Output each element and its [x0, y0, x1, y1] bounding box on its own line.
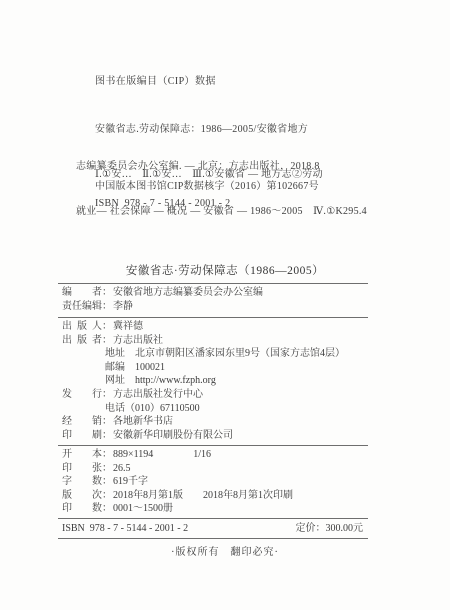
row-sheets: 印张：26.5 [58, 462, 368, 476]
cip-record-number: 中国版本图书馆CIP数据核字（2016）第102667号 [95, 177, 319, 192]
row-publisher: 出版者：方志出版社 [58, 334, 368, 348]
row-address: 地址 北京市朝阳区潘家园东里9号（国家方志馆4层） [58, 347, 368, 361]
row-value: 2018年8月第1版 2018年8月第1次印刷 [113, 490, 293, 501]
cip-class-line2: 就业— 社会保障 — 概况 — 安徽省 — 1986～2005 Ⅳ.①K295.… [76, 206, 367, 218]
print-spec-rows: 开本：889×1194 1/16 印张：26.5 字数：619千字 版次：201… [58, 448, 368, 516]
row-value: 安徽新华印刷股份有限公司 [113, 430, 233, 441]
row-colon: ： [102, 462, 112, 476]
row-editor: 编者：安徽省地方志编纂委员会办公室编 [58, 286, 368, 300]
row-value: 0001～1500册 [113, 503, 173, 514]
row-colon: ： [102, 429, 112, 443]
row-print-run: 印数：0001～1500册 [58, 502, 368, 516]
row-value: 方志出版社 [113, 335, 163, 346]
row-publisher-person: 出版人：冀祥德 [58, 320, 368, 334]
isbn-number: ISBN 978 - 7 - 5144 - 2001 - 2 [58, 521, 188, 536]
price: 定价：300.00元 [296, 521, 369, 536]
row-colon: ： [102, 415, 112, 429]
row-label: 印张 [62, 462, 102, 476]
divider-isbn-top [58, 518, 368, 519]
row-value: 方志出版社发行中心 [113, 389, 203, 400]
row-colon: ： [102, 448, 112, 462]
row-managing-editor: 责任编辑：李静 [58, 300, 368, 314]
row-seller: 经销：各地新华书店 [58, 415, 368, 429]
row-website: 网址 http://www.fzph.org [58, 374, 368, 388]
copyright-notice: ·版权所有 翻印必究· [0, 543, 450, 558]
divider-isbn-bottom [58, 538, 368, 539]
row-colon: ： [102, 334, 112, 348]
row-colon: ： [102, 489, 112, 503]
row-colon: ： [102, 502, 112, 516]
publisher-rows: 出版人：冀祥德 出版者：方志出版社 地址 北京市朝阳区潘家园东里9号（国家方志馆… [58, 320, 368, 442]
row-value: 李静 [113, 301, 133, 312]
row-label: 版次 [62, 489, 102, 503]
divider-top [58, 283, 368, 284]
row-label: 出版者 [62, 334, 102, 348]
row-format: 开本：889×1194 1/16 [58, 448, 368, 462]
copyright-page: 图书在版编目（CIP）数据 安徽省志.劳动保障志：1986—2005/安徽省地方… [0, 0, 450, 610]
row-label: 印刷 [62, 429, 102, 443]
row-label: 经销 [62, 415, 102, 429]
book-title: 安徽省志·劳动保障志（1986—2005） [0, 262, 450, 278]
row-value: 889×1194 1/16 [113, 449, 211, 460]
row-wordcount: 字数：619千字 [58, 475, 368, 489]
row-label: 发行 [62, 388, 102, 402]
divider-editor [58, 317, 368, 318]
cip-classification: Ⅰ.①安… Ⅱ.①安… Ⅲ.①安徽省 — 地方志②劳动 就业— 社会保障 — 概… [76, 144, 367, 243]
row-value: 安徽省地方志编纂委员会办公室编 [113, 287, 263, 298]
row-colon: ： [102, 475, 112, 489]
row-label: 印数 [62, 502, 102, 516]
row-colon: ： [102, 320, 112, 334]
row-colon: ： [102, 388, 112, 402]
row-postcode: 邮编 100021 [58, 361, 368, 375]
row-label: 责任编辑 [62, 300, 102, 314]
isbn-price-row: ISBN 978 - 7 - 5144 - 2001 - 2 定价：300.00… [58, 521, 368, 536]
row-phone: 电话（010）67110500 [58, 402, 368, 416]
cip-heading: 图书在版编目（CIP）数据 [95, 72, 216, 87]
row-value: 619千字 [113, 476, 148, 487]
row-value: 冀祥德 [113, 321, 143, 332]
divider-publisher [58, 445, 368, 446]
row-value: 各地新华书店 [113, 416, 173, 427]
row-colon: ： [102, 300, 112, 314]
row-printer: 印刷：安徽新华印刷股份有限公司 [58, 429, 368, 443]
row-label: 开本 [62, 448, 102, 462]
row-label: 编者 [62, 286, 102, 300]
row-label: 出版人 [62, 320, 102, 334]
row-colon: ： [102, 286, 112, 300]
row-edition: 版次：2018年8月第1版 2018年8月第1次印刷 [58, 489, 368, 503]
row-label: 字数 [62, 475, 102, 489]
cip-record-line1: 安徽省志.劳动保障志：1986—2005/安徽省地方 [76, 124, 320, 136]
editor-rows: 编者：安徽省地方志编纂委员会办公室编 责任编辑：李静 [58, 286, 368, 313]
row-value: 26.5 [113, 463, 131, 474]
row-distributor: 发行：方志出版社发行中心 [58, 388, 368, 402]
